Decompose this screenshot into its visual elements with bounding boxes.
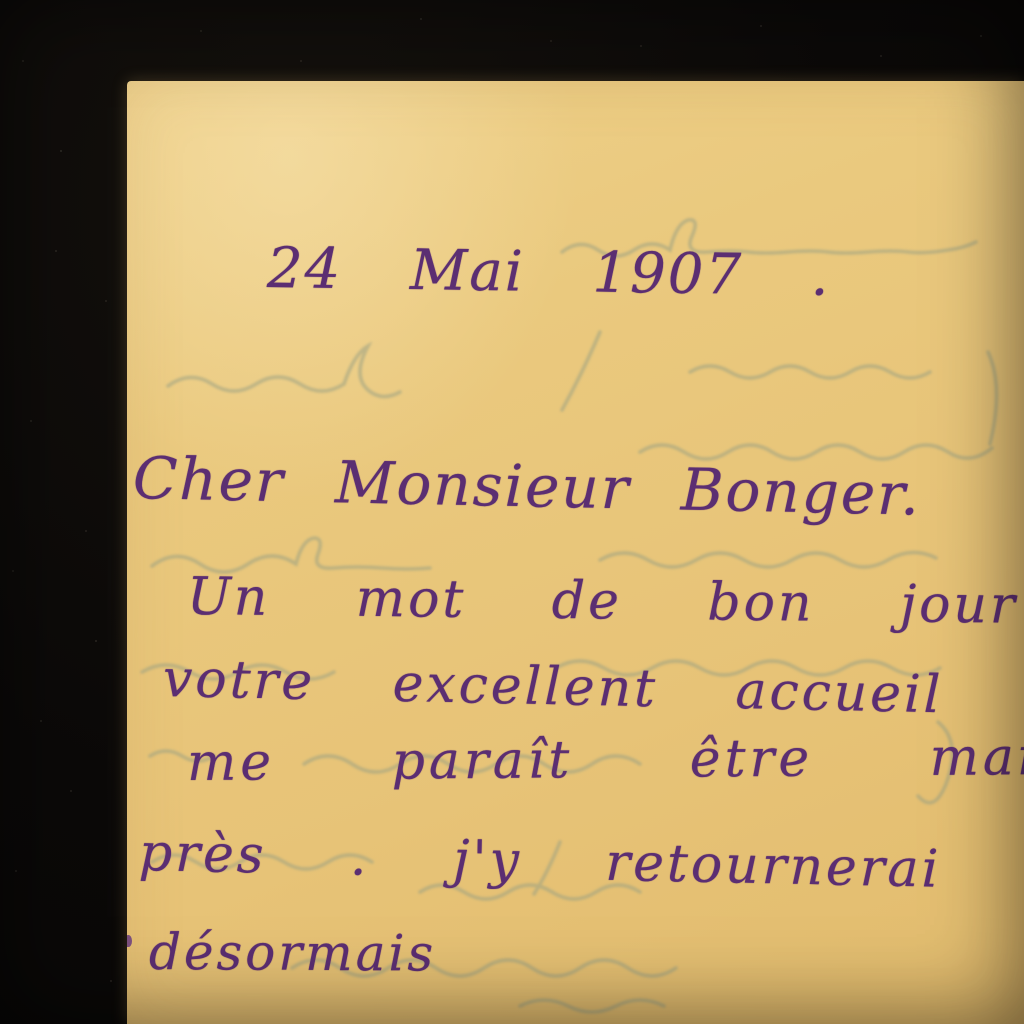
letter-salutation: Cher Monsieur Bonger.	[132, 449, 921, 523]
show-through-stroke	[600, 552, 936, 567]
show-through-stroke	[690, 366, 930, 378]
show-through-stroke	[520, 1000, 664, 1012]
dust-speckles	[0, 0, 2, 2]
letter-body-line: Un mot de bon jour	[187, 571, 1018, 632]
letter-paper: 24 Mai 1907 . Cher Monsieur Bonger. Un m…	[127, 81, 1024, 1024]
letter-body-line: près . j'y retournerai	[138, 827, 941, 896]
letter-date-line: 24 Mai 1907 .	[267, 241, 831, 305]
letter-body-line: désormais	[149, 927, 436, 979]
show-through-stroke	[168, 346, 400, 397]
show-through-stroke	[562, 332, 600, 410]
photo-background: 24 Mai 1907 . Cher Monsieur Bonger. Un m…	[0, 0, 1024, 1024]
letter-body-line: votre excellent accueil	[162, 653, 943, 721]
show-through-stroke	[988, 352, 997, 444]
letter-body-line: me paraît être main	[187, 731, 1024, 789]
